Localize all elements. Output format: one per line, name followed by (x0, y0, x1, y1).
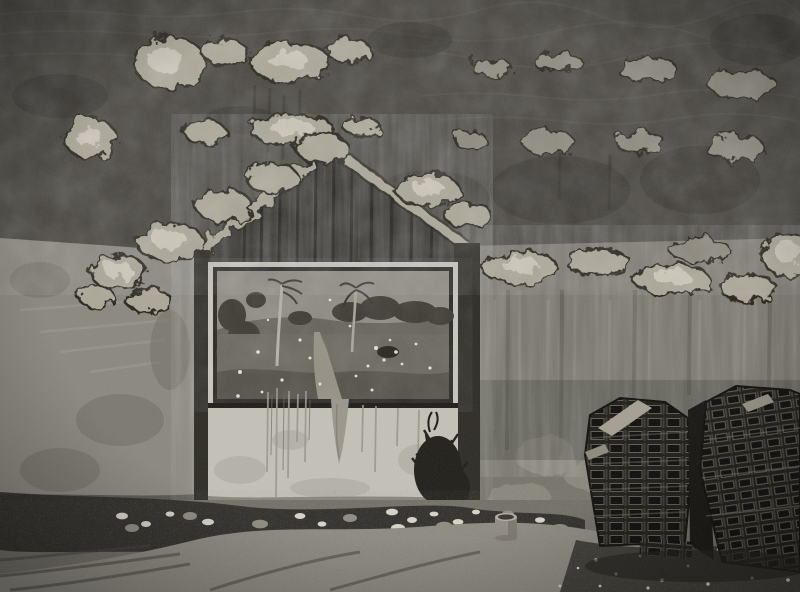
photograph (0, 0, 800, 592)
vignette (0, 0, 800, 592)
